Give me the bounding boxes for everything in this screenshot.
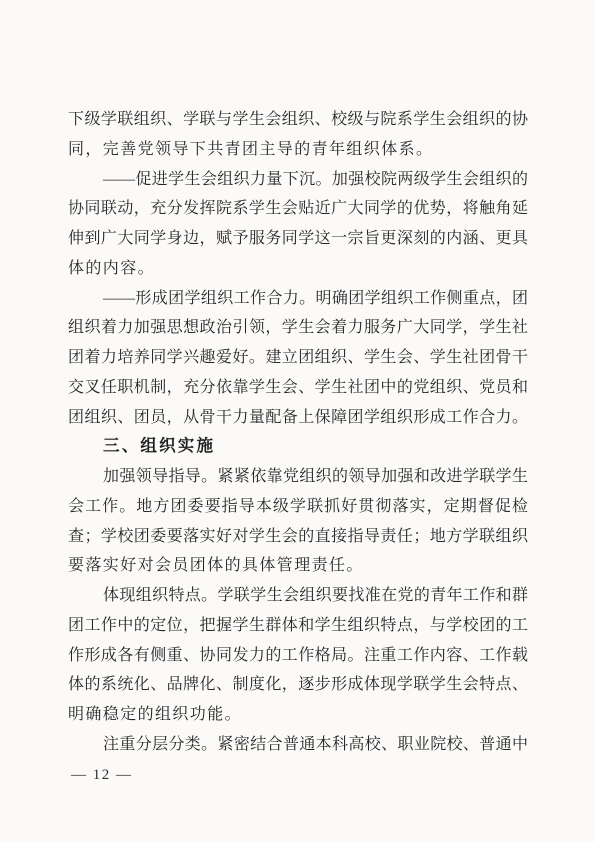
text-line: 团着力培养同学兴趣爱好。建立团组织、学生会、学生社团骨干 (68, 343, 528, 373)
text-line: 明确稳定的组织功能。 (68, 700, 528, 730)
section-heading: 三、组织实施 (68, 432, 528, 462)
text-line: 作形成各有侧重、协同发力的工作格局。注重工作内容、工作载 (68, 641, 528, 671)
text-line: 加强领导指导。紧紧依靠党组织的领导加强和改进学联学生 (68, 462, 528, 492)
text-line: 查；学校团委要落实好对学生会的直接指导责任；地方学联组织 (68, 522, 528, 552)
page-number: — 12 — (71, 767, 133, 784)
text-line: 团组织、团员，从骨干力量配备上保障团学组织形成工作合力。 (68, 403, 528, 433)
text-line: 协同联动，充分发挥院系学生会贴近广大同学的优势，将触角延 (68, 194, 528, 224)
text-line: ——形成团学组织工作合力。明确团学组织工作侧重点，团 (68, 284, 528, 314)
text-line: 同，完善党领导下共青团主导的青年组织体系。 (68, 135, 528, 165)
text-line: 下级学联组织、学联与学生会组织、校级与院系学生会组织的协 (68, 105, 528, 135)
text-line: 体的内容。 (68, 254, 528, 284)
text-line: 伸到广大同学身边，赋予服务同学这一宗旨更深刻的内涵、更具 (68, 224, 528, 254)
text-line: 团工作中的定位，把握学生群体和学生组织特点，与学校团的工 (68, 611, 528, 641)
text-line: 注重分层分类。紧密结合普通本科高校、职业院校、普通中 (68, 730, 528, 760)
text-line: 交叉任职机制，充分依靠学生会、学生社团中的党组织、党员和 (68, 373, 528, 403)
text-line: 体的系统化、品牌化、制度化，逐步形成体现学联学生会特点、 (68, 670, 528, 700)
document-body: 下级学联组织、学联与学生会组织、校级与院系学生会组织的协同，完善党领导下共青团主… (68, 105, 528, 760)
scanned-document-page: 下级学联组织、学联与学生会组织、校级与院系学生会组织的协同，完善党领导下共青团主… (0, 0, 595, 842)
text-line: 体现组织特点。学联学生会组织要找准在党的青年工作和群 (68, 581, 528, 611)
text-line: 组织着力加强思想政治引领，学生会着力服务广大同学，学生社 (68, 313, 528, 343)
text-line: 要落实好对会员团体的具体管理责任。 (68, 551, 528, 581)
text-line: 会工作。地方团委要指导本级学联抓好贯彻落实，定期督促检 (68, 492, 528, 522)
text-line: ——促进学生会组织力量下沉。加强校院两级学生会组织的 (68, 165, 528, 195)
